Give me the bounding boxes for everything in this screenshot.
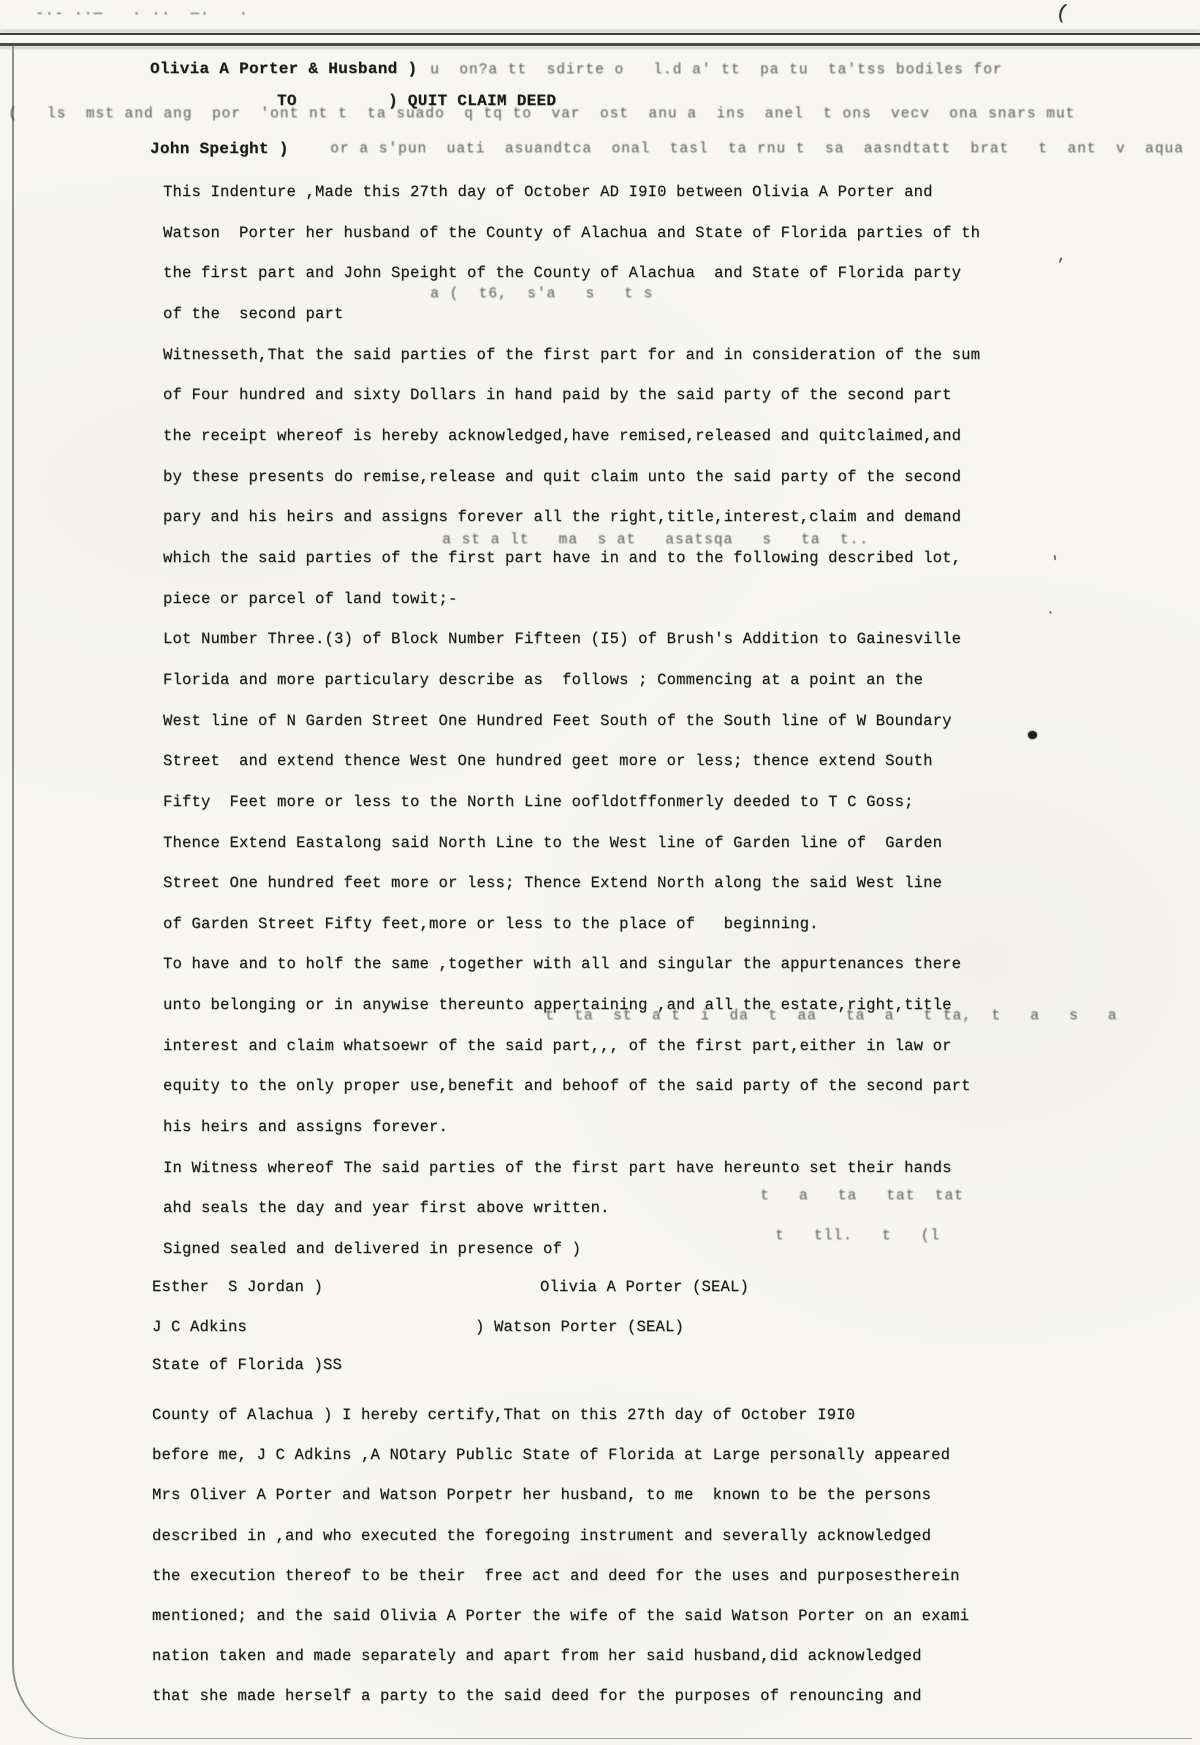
body-line: Lot Number Three.(3) of Block Number Fif… bbox=[163, 619, 1063, 660]
ghost-line: u on?a tt sdirte o l.d a' tt pa tu ta'ts… bbox=[430, 62, 1002, 78]
signature-row: Esther S Jordan ) Olivia A Porter (SEAL) bbox=[152, 1278, 1072, 1302]
body-line: Street and extend thence West One hundre… bbox=[163, 741, 1063, 782]
ghost-line: or a s'pun uati asuandtca onal tasl ta r… bbox=[330, 141, 1184, 157]
body-line: interest and claim whatsoewr of the said… bbox=[163, 1026, 1063, 1067]
body-line: piece or parcel of land towit;- bbox=[163, 579, 1063, 620]
body-line: Street One hundred feet more or less; Th… bbox=[163, 863, 1063, 904]
notary-line: nation taken and made separately and apa… bbox=[152, 1636, 1072, 1676]
notary-line: that she made herself a party to the sai… bbox=[152, 1676, 1072, 1716]
body-line: ahd seals the day and year first above w… bbox=[163, 1188, 1063, 1229]
caption-to: TO bbox=[277, 92, 297, 110]
notary-acknowledgement: County of Alachua ) I hereby certify,Tha… bbox=[152, 1395, 1072, 1717]
notary-line: County of Alachua ) I hereby certify,Tha… bbox=[152, 1395, 1072, 1435]
body-line: unto belonging or in anywise thereunto a… bbox=[163, 985, 1063, 1026]
body-line: Watson Porter her husband of the County … bbox=[163, 213, 1063, 254]
corner-ink-mark: ( bbox=[1053, 1, 1070, 26]
body-line: Fifty Feet more or less to the North Lin… bbox=[163, 782, 1063, 823]
body-line: Thence Extend Eastalong said North Line … bbox=[163, 823, 1063, 864]
grantor-signature: Olivia A Porter (SEAL) bbox=[540, 1278, 749, 1296]
notary-line: Mrs Oliver A Porter and Watson Porpetr h… bbox=[152, 1475, 1072, 1515]
body-line: which the said parties of the first part… bbox=[163, 538, 1063, 579]
body-line: equity to the only proper use,benefit an… bbox=[163, 1066, 1063, 1107]
ghost-top-smudge: -·- ··— · ·· —· · bbox=[35, 6, 248, 22]
notary-line: the execution thereof to be their free a… bbox=[152, 1556, 1072, 1596]
body-line: pary and his heirs and assigns forever a… bbox=[163, 497, 1063, 538]
body-line: of Garden Street Fifty feet,more or less… bbox=[163, 904, 1063, 945]
body-line: To have and to holf the same ,together w… bbox=[163, 944, 1063, 985]
state-venue-line: State of Florida )SS bbox=[152, 1356, 342, 1374]
body-line: Florida and more particulary describe as… bbox=[163, 660, 1063, 701]
body-line: of Four hundred and sixty Dollars in han… bbox=[163, 375, 1063, 416]
grantor-name: Olivia A Porter & Husband ) bbox=[150, 60, 417, 78]
signature-row: J C Adkins ) Watson Porter (SEAL) bbox=[152, 1318, 1072, 1342]
witness-name: Esther S Jordan ) bbox=[152, 1278, 323, 1296]
body-line: the receipt whereof is hereby acknowledg… bbox=[163, 416, 1063, 457]
body-line: the first part and John Speight of the C… bbox=[163, 253, 1063, 294]
body-line: his heirs and assigns forever. bbox=[163, 1107, 1063, 1148]
body-line: In Witness whereof The said parties of t… bbox=[163, 1148, 1063, 1189]
document-page: ( , ' . -·- ··— · ·· —· · u on?a tt sdir… bbox=[0, 0, 1200, 1745]
grantor-signature: ) Watson Porter (SEAL) bbox=[475, 1318, 684, 1336]
witness-name: J C Adkins bbox=[152, 1318, 247, 1336]
body-line: by these presents do remise,release and … bbox=[163, 457, 1063, 498]
document-title: ) QUIT CLAIM DEED bbox=[388, 92, 556, 110]
body-line: Witnesseth,That the said parties of the … bbox=[163, 335, 1063, 376]
body-line: This Indenture ,Made this 27th day of Oc… bbox=[163, 172, 1063, 213]
body-line: West line of N Garden Street One Hundred… bbox=[163, 701, 1063, 742]
top-rule-upper bbox=[0, 33, 1200, 35]
notary-line: before me, J C Adkins ,A NOtary Public S… bbox=[152, 1435, 1072, 1475]
notary-line: mentioned; and the said Olivia A Porter … bbox=[152, 1596, 1072, 1636]
notary-line: described in ,and who executed the foreg… bbox=[152, 1516, 1072, 1556]
body-line: Signed sealed and delivered in presence … bbox=[163, 1229, 1063, 1270]
deed-body: This Indenture ,Made this 27th day of Oc… bbox=[163, 172, 1063, 1270]
signature-row: State of Florida )SS bbox=[152, 1356, 1072, 1380]
body-line: of the second part bbox=[163, 294, 1063, 335]
grantee-name: John Speight ) bbox=[150, 140, 289, 158]
